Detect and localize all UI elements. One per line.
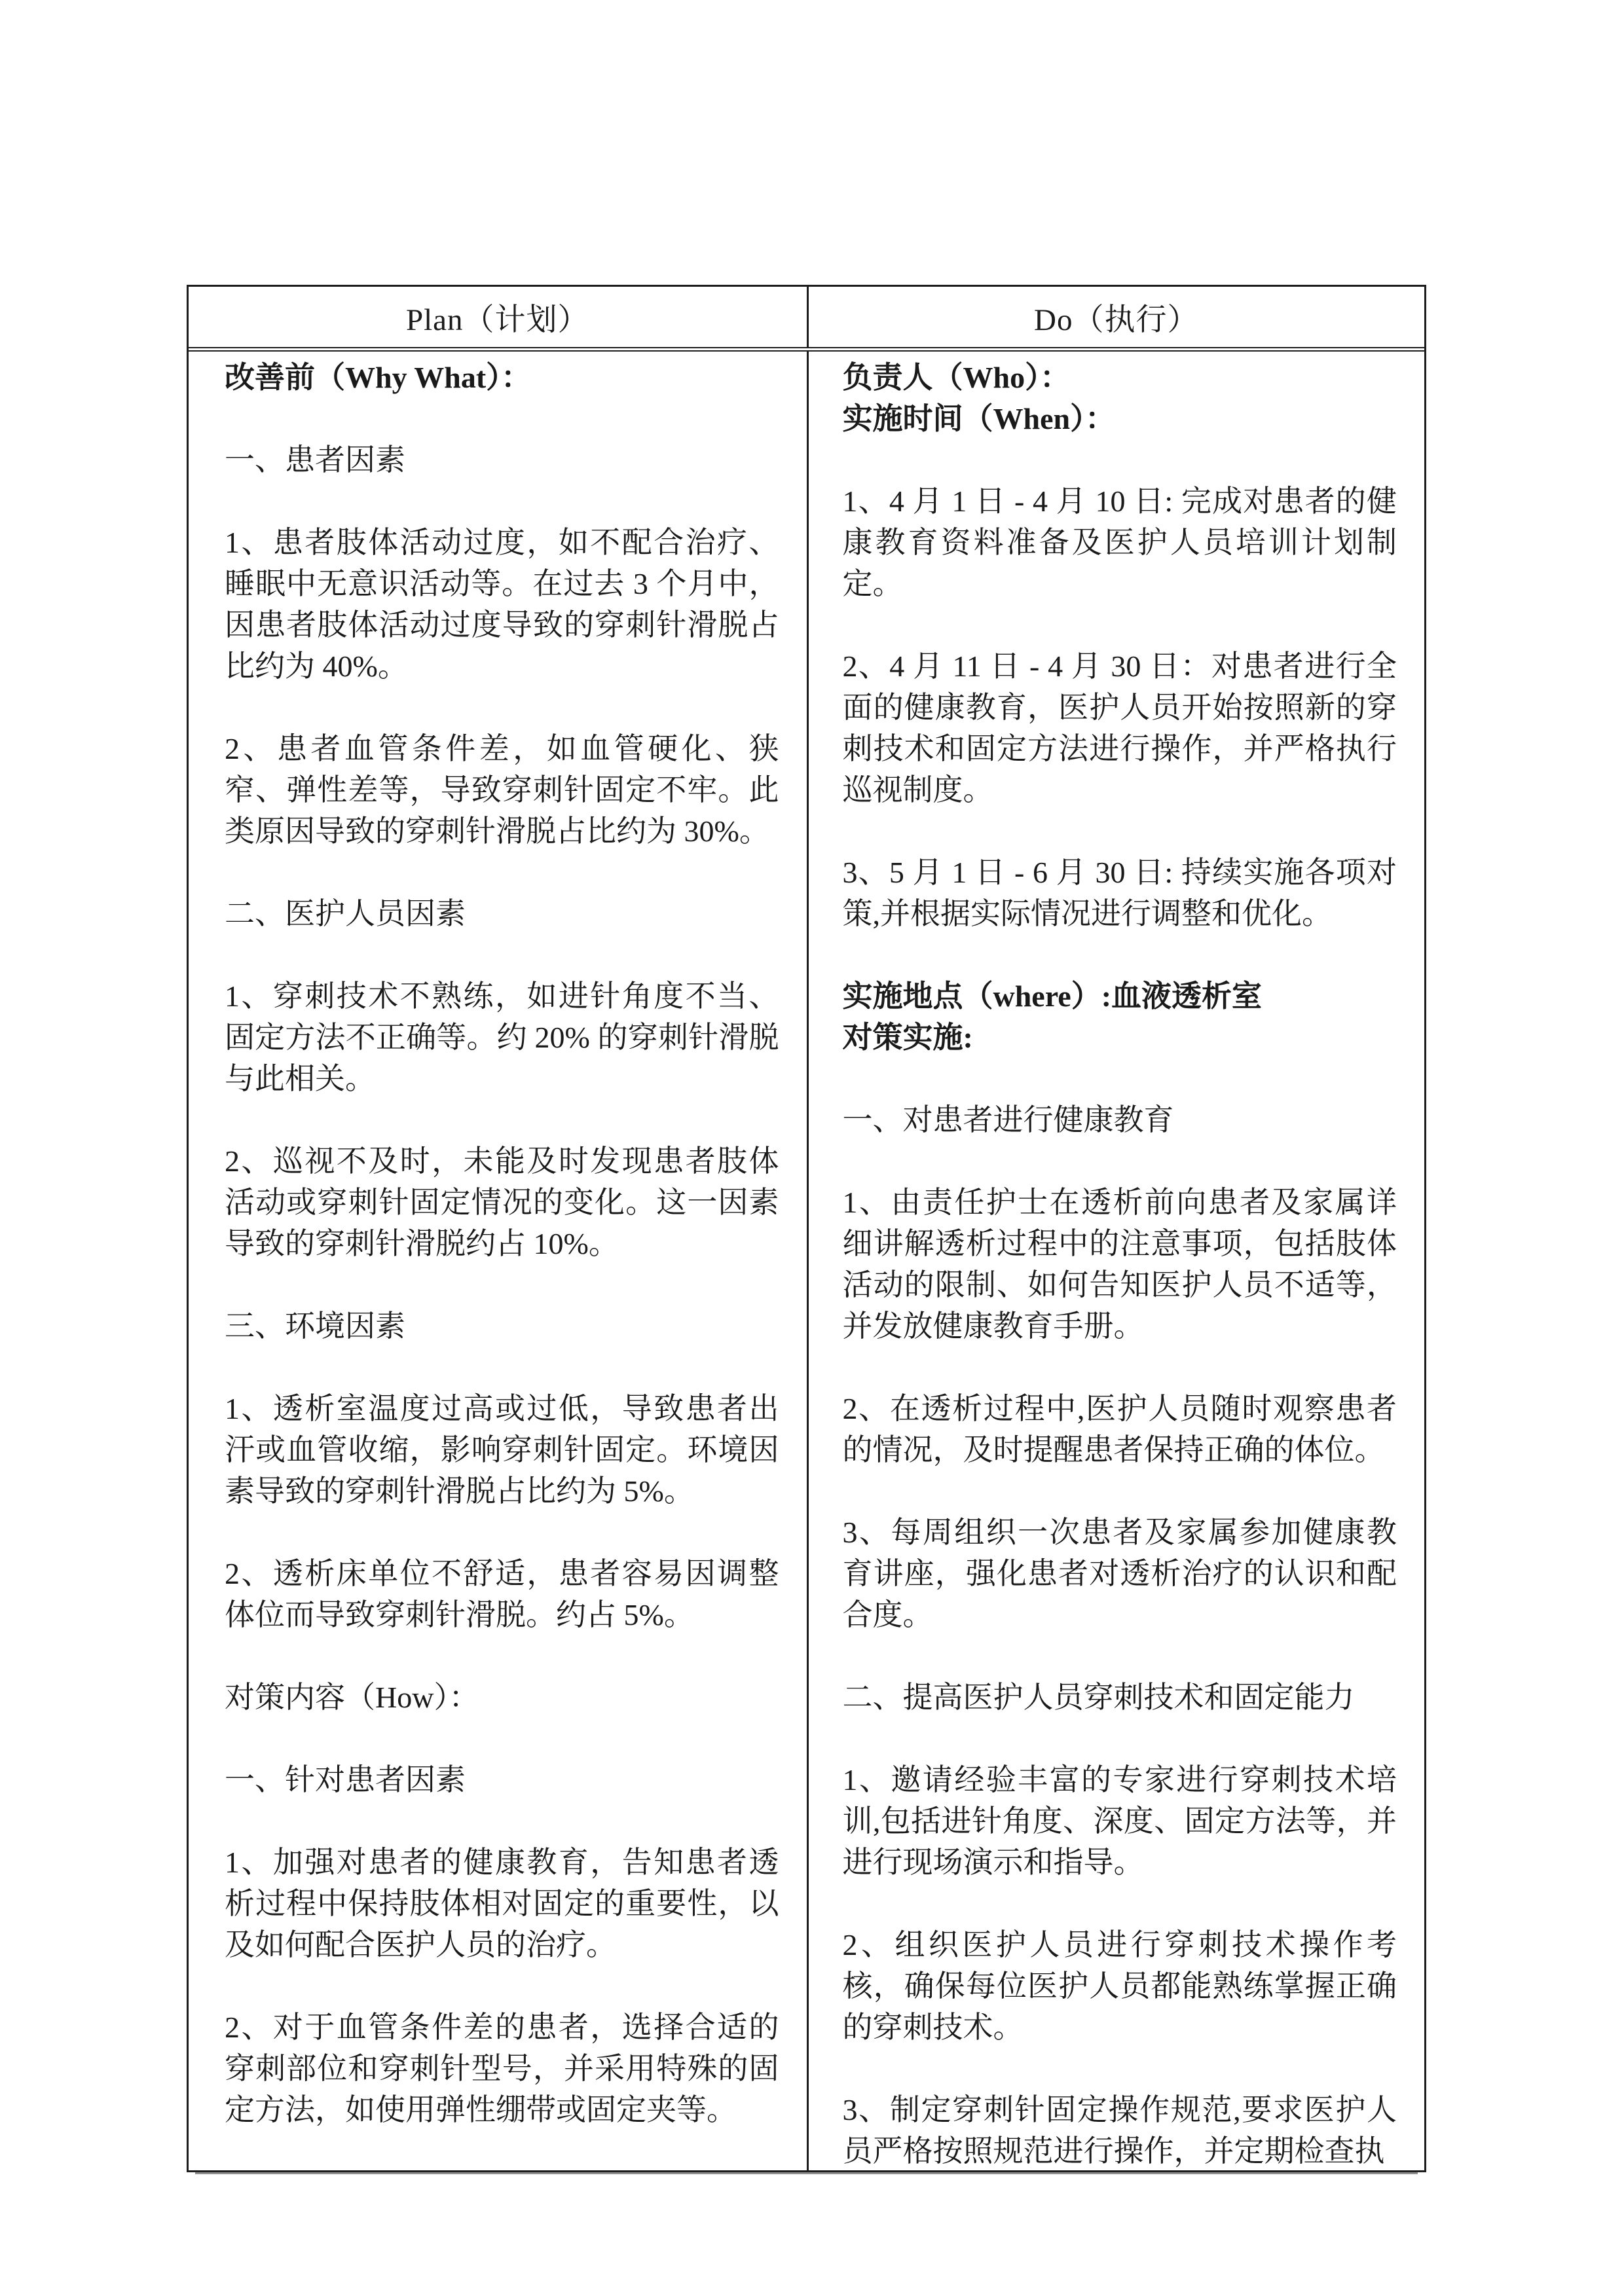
plan-column-header: Plan（计划） (189, 287, 807, 347)
do-item-schedule-phase-1: 1、4 月 1 日 - 4 月 10 日: 完成对患者的健康教育资料准备及医护人… (843, 481, 1397, 604)
do-column-cell: 负责人（Who）： 实施时间（When）： 1、4 月 1 日 - 4 月 10… (807, 352, 1425, 2170)
do-heading-where: 实施地点（where）:血液透析室 (843, 975, 1397, 1017)
table-body-row: 改善前（Why What）： 一、患者因素 1、患者肢体活动过度，如不配合治疗、… (189, 352, 1424, 2170)
plan-item-bed-comfort: 2、透析床单位不舒适，患者容易因调整体位而导致穿刺针滑脱。约占 5%。 (225, 1553, 779, 1635)
plan-heading-countermeasures-how: 对策内容（How）： (225, 1677, 779, 1718)
do-item-skill-assessment: 2、组织医护人员进行穿刺技术操作考核，确保每位医护人员都能熟练掌握正确的穿刺技术… (843, 1924, 1397, 2048)
plan-section-countermeasure-patient: 一、针对患者因素 (225, 1759, 779, 1800)
do-heading-who: 负责人（Who）： (843, 357, 1397, 398)
do-item-observation: 2、在透析过程中,医护人员随时观察患者的情况，及时提醒患者保持正确的体位。 (843, 1388, 1397, 1470)
do-heading-implementation: 对策实施: (843, 1017, 1397, 1058)
plan-section-environment-factors: 三、环境因素 (225, 1305, 779, 1347)
plan-item-puncture-skill: 1、穿刺技术不熟练，如进针角度不当、固定方法不正确等。约 20% 的穿刺针滑脱与… (225, 975, 779, 1099)
do-item-fixation-standard: 3、制定穿刺针固定操作规范,要求医护人员严格按照规范进行操作，并定期检查执 (843, 2089, 1397, 2170)
table-header-row: Plan（计划） Do（执行） (189, 287, 1424, 352)
do-column-header: Do（执行） (807, 287, 1425, 347)
document-page: Plan（计划） Do（执行） 改善前（Why What）： 一、患者因素 1、… (0, 0, 1624, 2296)
plan-item-vessel-condition: 2、患者血管条件差，如血管硬化、狭窄、弹性差等，导致穿刺针固定不牢。此类原因导致… (225, 728, 779, 852)
plan-item-patrol-delay: 2、巡视不及时，未能及时发现患者肢体活动或穿刺针固定情况的变化。这一因素导致的穿… (225, 1140, 779, 1264)
plan-heading-before-improvement: 改善前（Why What）： (225, 357, 779, 398)
do-item-weekly-lecture: 3、每周组织一次患者及家属参加健康教育讲座，强化患者对透析治疗的认识和配合度。 (843, 1512, 1397, 1635)
plan-item-room-temperature: 1、透析室温度过高或过低，导致患者出汗或血管收缩，影响穿刺针固定。环境因素导致的… (225, 1388, 779, 1512)
plan-item-patient-activity: 1、患者肢体活动过度，如不配合治疗、睡眠中无意识活动等。在过去 3 个月中，因患… (225, 522, 779, 687)
do-item-expert-training: 1、邀请经验丰富的专家进行穿刺技术培训,包括进针角度、深度、固定方法等，并进行现… (843, 1759, 1397, 1883)
plan-column-cell: 改善前（Why What）： 一、患者因素 1、患者肢体活动过度，如不配合治疗、… (189, 352, 807, 2170)
plan-item-health-education: 1、加强对患者的健康教育，告知患者透析过程中保持肢体相对固定的重要性，以及如何配… (225, 1842, 779, 1965)
do-item-schedule-phase-2: 2、4 月 11 日 - 4 月 30 日：对患者进行全面的健康教育，医护人员开… (843, 646, 1397, 811)
plan-section-patient-factors: 一、患者因素 (225, 439, 779, 481)
do-item-schedule-phase-3: 3、5 月 1 日 - 6 月 30 日: 持续实施各项对策,并根据实际情况进行… (843, 852, 1397, 934)
plan-item-special-fixation: 2、对于血管条件差的患者，选择合适的穿刺部位和穿刺针型号，并采用特殊的固定方法，… (225, 2007, 779, 2130)
pdca-table: Plan（计划） Do（执行） 改善前（Why What）： 一、患者因素 1、… (187, 285, 1426, 2172)
do-item-pre-dialysis-education: 1、由责任护士在透析前向患者及家属详细讲解透析过程中的注意事项，包括肢体活动的限… (843, 1182, 1397, 1347)
do-section-skill-improvement: 二、提高医护人员穿刺技术和固定能力 (843, 1677, 1397, 1718)
plan-section-staff-factors: 二、医护人员因素 (225, 893, 779, 934)
do-heading-when: 实施时间（When）： (843, 398, 1397, 439)
do-section-health-education: 一、对患者进行健康教育 (843, 1099, 1397, 1140)
